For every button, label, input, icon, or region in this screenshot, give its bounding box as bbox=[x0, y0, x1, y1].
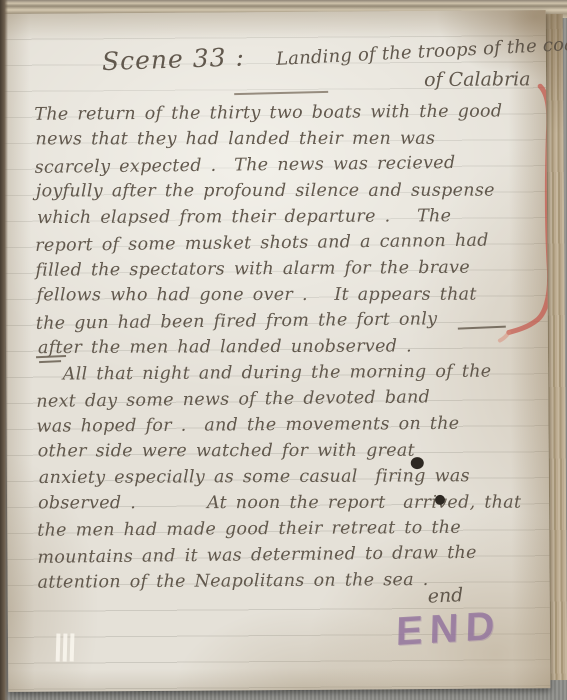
end-stamp: END bbox=[395, 604, 502, 655]
scene-heading: Scene 33 : bbox=[102, 42, 246, 76]
ink-blot bbox=[435, 495, 445, 505]
manuscript-line: filled the spectators with alarm for the… bbox=[35, 254, 535, 283]
manuscript-line: fellows who had gone over . It appears t… bbox=[37, 282, 537, 309]
manuscript-line: scarcely expected . The news was recieve… bbox=[35, 149, 535, 181]
manuscript-line: observed . At noon the report arrived, t… bbox=[38, 490, 538, 517]
manuscript-line: news that they had landed their men was bbox=[35, 126, 535, 153]
book-page: Scene 33 : Landing of the troops of the … bbox=[0, 8, 567, 696]
book-gutter-edge bbox=[0, 0, 8, 700]
header-underline-rule bbox=[234, 91, 328, 95]
manuscript-line: after the men had landed unobserved . bbox=[38, 333, 538, 361]
manuscript-page: Scene 33 : Landing of the troops of the … bbox=[4, 10, 551, 692]
manuscript-line: anxiety especially as some casual firing… bbox=[39, 463, 539, 491]
scene-title-line1: Landing of the troops of the coast bbox=[276, 33, 567, 70]
scene-title-line2: of Calabria bbox=[424, 68, 531, 91]
manuscript-line: other side were watched for with great bbox=[38, 438, 538, 465]
closing-word-end: end bbox=[427, 584, 464, 607]
manuscript-line: the gun had been fired from the fort onl… bbox=[36, 305, 536, 337]
manuscript-line: joyfully after the profound silence and … bbox=[36, 178, 536, 205]
page-header: Scene 33 : Landing of the troops of the … bbox=[4, 24, 546, 100]
paper-scratch-marks bbox=[56, 633, 74, 661]
ink-blot bbox=[411, 457, 424, 469]
manuscript-photo: Scene 33 : Landing of the troops of the … bbox=[0, 0, 567, 700]
manuscript-line: The return of the thirty two boats with … bbox=[34, 98, 534, 127]
manuscript-body: The return of the thirty two boats with … bbox=[34, 98, 537, 595]
manuscript-line: was hoped for . and the movements on the bbox=[36, 410, 536, 439]
manuscript-line: which elapsed from their departure . The bbox=[37, 203, 537, 231]
